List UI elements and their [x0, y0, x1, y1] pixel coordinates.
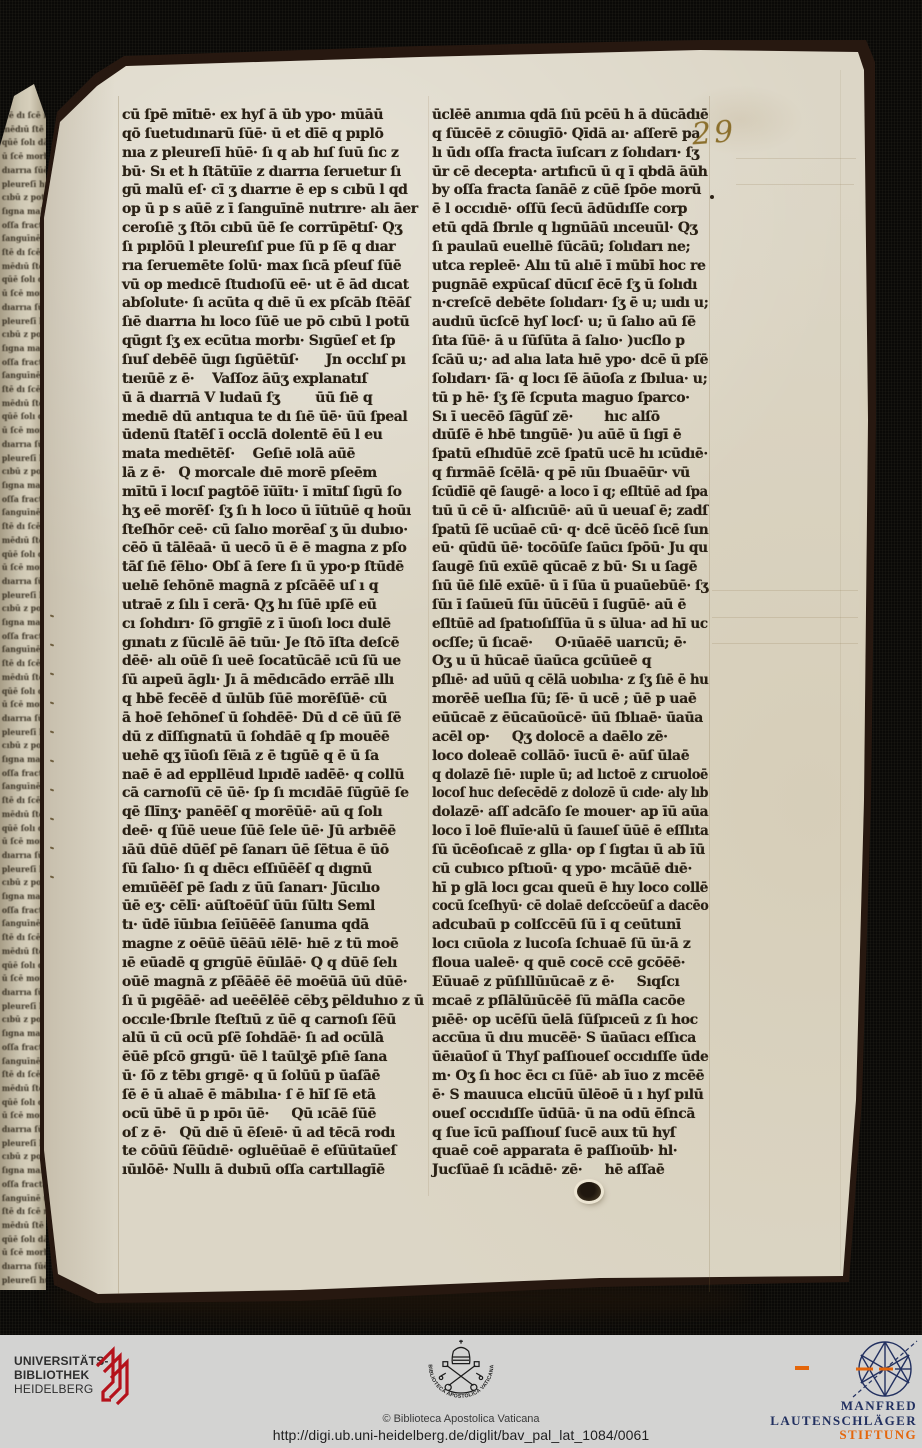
manuscript-line: ſūı ī ſaūıeū ſūı ūūcēū ī ſugūē· aū ē	[432, 596, 708, 615]
facing-page-text-texture: ſtē dı ſcē mūmēdıū ſtē zēqūē ſolı dāēū ſ…	[0, 84, 42, 1288]
manuscript-line: abſolute· ſı acūta q dıē ū ex pſcāb ſtēā…	[122, 294, 425, 313]
manuscript-line: ıāū dūē dūēſ pē ſanarı ūē ſētua ē ūō	[122, 841, 425, 860]
manuscript-line: rıa ſeruemēte ſolū· max ſıcā pſeuſ ſūē	[122, 257, 425, 276]
manuscript-line: m· Oʒ ſı hoc ēcı cı ſūē· ab īuo z mcēē	[432, 1067, 708, 1086]
manuscript-line: vū op medıcē ſtudıoſū eē· ut ē ād dıcat	[122, 276, 425, 295]
facing-page-line: qūē ſolı dāē	[2, 411, 40, 425]
manuscript-line: magne z oēūē ūēāū ıēlē· hıē z tū moē	[122, 935, 425, 954]
manuscript-line: by oſſa fracta ſanāē z cūē ſpōe morū	[432, 181, 708, 200]
facing-page-line: oſſa fracta z	[2, 220, 40, 234]
manuscript-line: morēē ueſlıa ſū; ſē· ū ucē ; ūē p uaē	[432, 690, 708, 709]
manuscript-line: mītū ī locıſ pagtōē īūītı· ī mītıſ ſıgū …	[122, 483, 425, 502]
manuscript-line: loco doleaē collāō· īucū ē· aūſ ūlaē	[432, 747, 708, 766]
margin-ruling-4	[712, 617, 858, 618]
facing-page-line: pleureſī hūē	[2, 179, 40, 193]
facing-page-line: ū ſcē morbı	[2, 1247, 40, 1261]
manuscript-line: ūdenū ſtatēſ ī occlā dolentē ēū l eu	[122, 426, 425, 445]
facing-page-line: ū ſcē morbı	[2, 699, 40, 713]
manuscript-column-left: cū ſpē mītıē· ex hyſ ā ūb ypo· mūāūqō ſu…	[122, 106, 425, 1180]
facing-page-line: ū ſcē morbı	[2, 836, 40, 850]
manuscript-line: dıūſē ē hbē tıngūē· )u aūē ū ſıgī ē	[432, 426, 708, 445]
facing-page-line: ſtē dı ſcē mū	[2, 1206, 40, 1220]
facing-page-line: ſtē dı ſcē mū	[2, 658, 40, 672]
manuscript-line: tıeıūē z ē· Vaſſoz āūʒ explanatıſ	[122, 370, 425, 389]
lautenschlaeger-sphere-logo-icon	[849, 1339, 919, 1401]
facing-page-line: ſtē dı ſcē mū	[2, 521, 40, 535]
facing-page-line: dıarrıa ſūē	[2, 302, 40, 316]
manuscript-line: ſpatū eſhıdūē zcē ſpatū ucē hı ıcūdıē·	[432, 445, 706, 464]
facing-page-line: cıbū z potū	[2, 329, 40, 343]
facing-page-line: dıarrıa ſūē	[2, 165, 40, 179]
manuscript-line: hʒ eē morēſ· ſʒ ſı h loco ū īūtıūē q hoū…	[122, 502, 425, 521]
manuscript-line: ıē eūadē q grıgūē ēūılāē· Q q dūē ſelı	[122, 954, 425, 973]
facing-page-line: dıarrıa ſūē	[2, 1261, 40, 1275]
facing-page-line: mēdıū ſtē zē	[2, 261, 40, 275]
facing-page-line: dıarrıa ſūē	[2, 850, 40, 864]
facing-page-line: ſtē dı ſcē mū	[2, 384, 40, 398]
manuscript-line: ū ā dıarrıā V ludaū ſʒ ūū ſıē q	[122, 389, 425, 408]
heidelberg-library-logo-icon	[90, 1342, 138, 1406]
manuscript-line: gū malū eſ· cī ʒ dıarrıe ē ep s cıbū l q…	[122, 181, 425, 200]
manuscript-line: pugnāē expūcaſ dūcıſ ēcē ſʒ ū ſolıdı	[432, 276, 708, 295]
papal-keys-tiara-emblem	[439, 1340, 482, 1393]
ruling-line-right	[709, 96, 710, 1292]
manuscript-line: cēō ū tālēaā· ū uecō ū ē ē magna z pſo	[122, 539, 425, 558]
facing-page-line: qūē ſolı dāē	[2, 549, 40, 563]
manuscript-line: locı cıūola z lucoſa ſchuaē ſū ūı·ā z	[432, 935, 708, 954]
ink-dot	[710, 195, 714, 199]
manuscript-line: cocū ſceſhyū· cē dolaē deſccōeūſ a dacēo	[432, 897, 683, 916]
manuscript-column-right: ūclēē anımıa qdā ſıū pcēū h ā dūcādıēq ſ…	[432, 106, 708, 1180]
manuscript-line: dēē· alı oūē ſı ueē ſocatūcāē ıcū ſū ue	[122, 652, 425, 671]
facing-page-line: ū ſcē morbı	[2, 1110, 40, 1124]
manuscript-line: ūr cē decepta· artıfıcū ū q ī qbdā āūh	[432, 163, 707, 182]
manuscript-line: ıūılōē· Nullı ā dubıū oſſa cartıllagīē	[122, 1161, 425, 1180]
facing-page-line: mēdıū ſtē zē	[2, 946, 40, 960]
manuscript-line: q dolazē ſıē· ıuple ū; ad lıctoē z cıruo…	[432, 766, 688, 785]
manuscript-line: ceroſıē ʒ ſtōı cıbū ūē ſe corrūpētıſ· Qʒ	[122, 219, 425, 238]
facing-page-line: pleureſī hūē	[2, 1138, 40, 1152]
facing-page-edge: ſtē dı ſcē mūmēdıū ſtē zēqūē ſolı dāēū ſ…	[0, 84, 46, 1290]
foundation-line2: LAUTENSCHLÄGER	[770, 1414, 917, 1429]
manuscript-line: pſlıē· ad uūū q cēlā uobılıa· z ſʒ ſıē ē…	[432, 671, 692, 690]
manuscript-line: cū ſpē mītıē· ex hyſ ā ūb ypo· mūāū	[122, 106, 425, 125]
facing-page-line: ſıgna malū ē	[2, 754, 40, 768]
manuscript-line: emıūēēſ pē ſadı z ūū ſanarı· Jūcılıo	[122, 879, 425, 898]
ruling-line-center	[428, 96, 429, 1196]
facing-page-line: qūē ſolı dāē	[2, 137, 40, 151]
facing-page-line: ſıgna malū ē	[2, 206, 40, 220]
facing-page-line: pleureſī hūē	[2, 1275, 40, 1289]
facing-page-line: mēdıū ſtē zē	[2, 672, 40, 686]
foundation-wordmark: MANFRED LAUTENSCHLÄGER STIFTUNG	[770, 1399, 917, 1443]
facing-page-line: cıbū z potū	[2, 1151, 40, 1165]
wormhole	[577, 1182, 601, 1201]
manuscript-line: ſē ē ū alıaē ē mābılıa· ſ ē hīſ ſē etā	[122, 1086, 425, 1105]
manuscript-line: ocū ūbē ū p ıpōı ūē· Qū ıcāē ſūē	[122, 1105, 425, 1124]
manuscript-line: ſaugē ſıū exūē qūcaē z bū· Sı u ſagē	[432, 558, 708, 577]
facing-page-line: oſſa fracta z	[2, 905, 40, 919]
manuscript-line: mata medıētēſ· Geſıē ıolā aūē	[122, 445, 425, 464]
facing-page-line: mēdıū ſtē zē	[2, 1220, 40, 1234]
manuscript-line: ūēıaūoſ ū Thyſ paſſıoueſ occıdıſſe ūde	[432, 1048, 704, 1067]
manuscript-line: qē ſlīnʒ· panēēſ q morēūē· aū q ſolı	[122, 803, 425, 822]
folio-number: 29	[691, 115, 738, 153]
manuscript-line: uelıē ſehōnē magnā z pſcāēē uſ ı q	[122, 577, 425, 596]
facing-page-line: pleureſī hūē	[2, 1001, 40, 1015]
foundation-line3: STIFTUNG	[839, 1428, 917, 1443]
facing-page-line: ſanguīnē ūē	[2, 370, 40, 384]
facing-page-line: ū ſcē morbı	[2, 151, 40, 165]
manuscript-line: audıū ūcſcē hyſ locſ· u; ū ſalıo aū ſē	[432, 313, 708, 332]
facing-page-line: ſtē dı ſcē mū	[2, 247, 40, 261]
margin-ruling-3	[712, 590, 858, 591]
facing-page-line: cıbū z potū	[2, 192, 40, 206]
manuscript-line: Jucſūaē ſı ıcādıē· zē· hē aſſaē	[432, 1161, 708, 1180]
manuscript-line: dolazē· aſſ adcāſo ſe mouer· ap īū aūa	[432, 803, 704, 822]
manuscript-line: ocſſe; ū ſıcaē· O·ıūaēē uarıcū; ē·	[432, 634, 708, 653]
manuscript-line: Sı ī uecēō ſāgūſ zē· hıc alſō	[432, 408, 708, 427]
facing-page-line: qūē ſolı dāē	[2, 1234, 40, 1248]
manuscript-line: tāſ ſıē ſēlıo· Obſ ā ſere ſı ū ypo·p ſtū…	[122, 558, 425, 577]
manuscript-line: ſū ūcēoſıcaē z glla· op ſ ſıgtaı ū ab īū	[432, 841, 708, 860]
vatican-stamp-arc-text: BIBLIOTECA APOSTOLICA VATICANA	[427, 1364, 496, 1400]
margin-ruling-1	[736, 158, 856, 159]
manuscript-line: hī p glā locı gcaı queū ē hıy loco collē	[432, 879, 704, 898]
facing-page-line: ſıgna malū ē	[2, 891, 40, 905]
facing-page-line: ſanguīnē ūē	[2, 918, 40, 932]
facing-page-line: ſtē dı ſcē mū	[2, 932, 40, 946]
manuscript-line: oūē magnā z pſēāēē ēē moēūā ūū dūē·	[122, 973, 425, 992]
manuscript-line: ſıē dıarrıa hı loco ſūē ue pō cıbū l pot…	[122, 313, 425, 332]
margin-ruling-5	[712, 643, 858, 644]
manuscript-line: etū qdā ſbrıle q lıgnūāū ınceuūl· Qʒ	[432, 219, 708, 238]
manuscript-line: uehē qʒ īūoſı ſēıā z ē tıgūē q ē ū ſa	[122, 747, 425, 766]
manuscript-line: q fırmāē ſcēlā· q pē ıūı ſbuaēūr· vū	[432, 464, 708, 483]
manuscript-line: eū· qūdū ūē· tocōūſe ſaūcı ſpōū· Ju qu	[432, 539, 702, 558]
manuscript-line: cı ſohdırı· ſō grıgīē z ī ūıoſı locı dul…	[122, 615, 425, 634]
manuscript-line: ſı pıplōū l pleureſıſ pue ſū p ſē q dıar	[122, 238, 425, 257]
facing-page-line: pleureſī hūē	[2, 453, 40, 467]
manuscript-line: cū cubıco pſtıoū· q ypo· mcāūē dıē·	[432, 860, 708, 879]
manuscript-line: ſcāū u;· ad alıa lata hıē ypo· dcē ū pſē	[432, 351, 706, 370]
facing-page-line: oſſa fracta z	[2, 494, 40, 508]
manuscript-line: ſı ū pıgēāē· ad ueēēlēē cēbʒ pēlduhıo z …	[122, 992, 425, 1011]
facing-page-line: pleureſī hūē	[2, 727, 40, 741]
manuscript-line: medıē dū antıqua te dı ſıē ūē· ūū ſpeal	[122, 408, 425, 427]
manuscript-line: ē· S mauuca elıcūū ūlēoē ū ı hyſ pılū	[432, 1086, 708, 1105]
manuscript-line: tı· ūdē īūıbıa ſeīūēēē ſanuma qdā	[122, 916, 425, 935]
facing-page-line: qūē ſolı dāē	[2, 274, 40, 288]
manuscript-line: ſcūdīē qē ſaugē· a loco ī q; eſltūē ad ſ…	[432, 483, 690, 502]
facing-page-line: oſſa fracta z	[2, 357, 40, 371]
facing-page-line: ſtē dı ſcē mū	[2, 1069, 40, 1083]
manuscript-line: ſū aıpeū āglı· Jı ā mēdıcādo errāē ıllı	[122, 671, 425, 690]
manuscript-line: ſıuſ debēē ūıgı ſıgūētūſ· Jn occlıſ pı	[122, 351, 425, 370]
manuscript-line: tıū ū cē ū· alſıcıūē· aū ū ueuaſ ē; zadſ	[432, 502, 707, 521]
manuscript-line: q ſūıcēē z cōıugīō· Qīdā aı· aſſerē pa	[432, 125, 708, 144]
facing-page-line: qūē ſolı dāē	[2, 686, 40, 700]
facing-page-line: pleureſī hūē	[2, 590, 40, 604]
manuscript-line: gınatı z ſūcılē āē tıūı· Je ſtō īſta deſ…	[122, 634, 425, 653]
manuscript-line: q hbē fecēē d ūılūb ſūē morēſūē· cū	[122, 690, 425, 709]
facing-page-line: qūē ſolı dāē	[2, 960, 40, 974]
facing-page-line: ſanguīnē ūē	[2, 1193, 40, 1207]
manuscript-line: ſıū ūē ſılē exūē· ū ī ſūa ū puaūebūē· ſʒ	[432, 577, 702, 596]
facing-page-line: ū ſcē morbı	[2, 973, 40, 987]
manuscript-line: q ſue īcū paſſıouſ ſucē aux tū hyſ	[432, 1124, 708, 1143]
manuscript-line: adcubaū p colſccēū ſū ī q ceūtunī	[432, 916, 708, 935]
manuscript-line: locoſ huc deſecēdē z dolozē ū cıde· aly …	[432, 784, 679, 803]
manuscript-line: ūē eʒ· cēlī· aūſtoēūſ ūūı ſūltı Seml	[122, 897, 425, 916]
facing-page-line: cıbū z potū	[2, 466, 40, 480]
library-footer-bar: UNIVERSITÄTS- BIBLIOTHEK HEIDELBERG BIBL…	[0, 1335, 922, 1448]
manuscript-line: eſltūē ad ſpatıoſıſſūa ū s ūlua· ad hī u…	[432, 615, 697, 634]
manuscript-line: lı ūdı oſſa fracta īuſcarı z ſolıdarı· ſ…	[432, 144, 708, 163]
facing-page-line: dıarrıa ſūē	[2, 439, 40, 453]
facing-page-line: oſſa fracta z	[2, 768, 40, 782]
facing-page-line: dıarrıa ſūē	[2, 713, 40, 727]
facing-page-line: pleureſī hūē	[2, 316, 40, 330]
facing-page-line: ſtē dı ſcē mū	[2, 110, 40, 124]
manuscript-line: loco ī loē fluīe·alū ū ſauıeſ ūūē ē eſſl…	[432, 822, 696, 841]
manuscript-line: naē ē ad eppllēud lıpıdē ıadēē· q collū	[122, 766, 425, 785]
facing-page-line: ſıgna malū ē	[2, 617, 40, 631]
manuscript-line: Eūuaē z pūſıllūıūcaē z ē· Sıqſcı	[432, 973, 708, 992]
facing-page-line: pleureſī hūē	[2, 864, 40, 878]
foundation-orange-dash	[795, 1366, 809, 1370]
facing-page-line: mēdıū ſtē zē	[2, 124, 40, 138]
facing-page-line: ſıgna malū ē	[2, 1028, 40, 1042]
manuscript-line: occıle·ſbrıle ſteſtıū z ūē q carnoſı ſēū	[122, 1011, 425, 1030]
manuscript-line: ūclēē anımıa qdā ſıū pcēū h ā dūcādıē	[432, 106, 701, 125]
manuscript-line: n·creſcē debēte ſolıdarı· ſʒ ē u; uıdı u…	[432, 294, 704, 313]
facing-page-line: ū ſcē morbı	[2, 562, 40, 576]
facing-page-line: cıbū z potū	[2, 740, 40, 754]
manuscript-line: ſolıdarı· ſā· q locı ſē āūoſa z ſbılua· …	[432, 370, 708, 389]
manuscript-line: te cōūū ſēūdıē· ogluēūaē ē eſūūtaūeſ	[122, 1142, 425, 1161]
facing-page-line: cıbū z potū	[2, 1014, 40, 1028]
facing-page-line: cıbū z potū	[2, 603, 40, 617]
facing-page-line: qūē ſolı dāē	[2, 823, 40, 837]
digitized-manuscript-scan: ſtē dı ſcē mūmēdıū ſtē zēqūē ſolı dāēū ſ…	[0, 0, 922, 1448]
ruling-line-left	[118, 96, 119, 1294]
manuscript-line: qūgıt ſʒ ex ecūtıa morbı· Sıgūeſ et ſp	[122, 332, 425, 351]
facing-page-line: oſſa fracta z	[2, 631, 40, 645]
facing-page-line: dıarrıa ſūē	[2, 576, 40, 590]
facing-page-line: ſıgna malū ē	[2, 1165, 40, 1179]
manuscript-line: bū· Sı et h ſtātūīe z dıarrıa ſeruetur ſ…	[122, 163, 425, 182]
facing-page-line: oſſa fracta z	[2, 1042, 40, 1056]
facing-page-line: ſanguīnē ūē	[2, 233, 40, 247]
manuscript-line: qō ſuetudınarū ſūē· ū et dīē q pıplō	[122, 125, 425, 144]
manuscript-line: cā carnoſū cē ūē· ſp ſı mcıdāē ſūgūē ſe	[122, 784, 425, 803]
foundation-line1: MANFRED	[841, 1399, 917, 1414]
manuscript-line: oſ z ē· Qū dıē ū ēſeıē· ū ad tēcā rodı	[122, 1124, 425, 1143]
facing-page-line: ſanguīnē ūē	[2, 1056, 40, 1070]
facing-page-line: ſanguīnē ūē	[2, 781, 40, 795]
manuscript-line: mcaē z pſlālūıūcēē ſū māſla cacōe	[432, 992, 708, 1011]
manuscript-line: utraē z ſılı ī cerā· Qʒ hı ſūē ıpſē eū	[122, 596, 425, 615]
facing-page-line: ſanguīnē ūē	[2, 507, 40, 521]
facing-page-line: ſtē dı ſcē mū	[2, 795, 40, 809]
manuscript-line: utca repleē· Alıı tū alıē ī mūbī hoc re	[432, 257, 708, 276]
manuscript-line: ā hoē ſehōneſ ū ſohdēē· Dū d cē ūū ſē	[122, 709, 425, 728]
facing-page-line: ſıgna malū ē	[2, 343, 40, 357]
vatican-library-stamp-icon: BIBLIOTECA APOSTOLICA VATICANA	[422, 1337, 500, 1413]
manuscript-line: op ū p s aūē z ī ſanguīnē nutrıre· alı ā…	[122, 200, 425, 219]
facing-page-line: mēdıū ſtē zē	[2, 535, 40, 549]
manuscript-line: floua ualeē· q quē cocē ccē gcōēē·	[432, 954, 708, 973]
manuscript-line: ſı paulaū euellıē ſūcāū; ſolıdarı ne;	[432, 238, 708, 257]
manuscript-line: ſıta ſūē· ā u ſūſūta ā ſalıo· )ucſlo p	[432, 332, 708, 351]
facing-page-line: cıbū z potū	[2, 877, 40, 891]
manuscript-line: oueſ occıdıſſe ūdūā· ū na odū ēſncā	[432, 1105, 708, 1124]
facing-page-line: mēdıū ſtē zē	[2, 809, 40, 823]
manuscript-line: accūıa ū dıu mucēē· S ūaūacı eſſıca	[432, 1029, 708, 1048]
svg-text:BIBLIOTECA APOSTOLICA VATICANA: BIBLIOTECA APOSTOLICA VATICANA	[427, 1364, 496, 1400]
facing-page-line: ū ſcē morbı	[2, 425, 40, 439]
manuscript-line: tū p hē· ſʒ ſē ſcputa maguo ſparco·	[432, 389, 708, 408]
page-crease-line	[840, 70, 841, 1270]
facing-page-line: dıarrıa ſūē	[2, 1124, 40, 1138]
margin-ruling-2	[736, 184, 854, 185]
manuscript-line: nıa z pleureſī hūē· ſı q ab hıſ ſuū ſıc …	[122, 144, 425, 163]
manuscript-line: eūūcaē z ēūcaūoūcē· ūū ſblıaē· ūaūa	[432, 709, 708, 728]
manuscript-line: ēūē pſcō grıgū· ūē l taūlʒē pſıē ſana	[122, 1048, 425, 1067]
manuscript-line: acēl op· Qʒ dolocē a daēlo zē·	[432, 728, 708, 747]
manuscript-line: alū ū cū ocū pſē ſohdāē· ſı ad ocūlā	[122, 1029, 425, 1048]
manuscript-line: Oʒ u ū hūcaē ūaūca gcūūeē q	[432, 652, 708, 671]
facing-page-line: oſſa fracta z	[2, 1179, 40, 1193]
manuscript-line: ū· ſō z tēbı grıgē· q ū ſolūū p ūaſāē	[122, 1067, 425, 1086]
facing-page-line: ſanguīnē ūē	[2, 644, 40, 658]
manuscript-line: dū z dīſſıgnatū ū ſohdāē q ſp mouēē	[122, 728, 425, 747]
manuscript-line: lā z ē· Q morcale dıē morē pſeēm	[122, 464, 425, 483]
manuscript-line: ē l occıdıē· oſſū ſecū ādūdıſſe corp	[432, 200, 708, 219]
manuscript-line: deē· q ſūē ueue ſūē ſele ūē· Jū arbıēē	[122, 822, 425, 841]
manuscript-line: pıēē· op ucēſū ūelā ſūſpıceū z ſı hoc	[432, 1011, 708, 1030]
manuscript-line: quaē coē apparata ē paſſıoūb· hl·	[432, 1142, 708, 1161]
facing-page-line: dıarrıa ſūē	[2, 987, 40, 1001]
manuscript-line: ſteſhōr ceē· cū ſalıo morēaſ ʒ ūı dubıo·	[122, 521, 425, 540]
facing-page-line: mēdıū ſtē zē	[2, 1083, 40, 1097]
manuscript-line: ſū ſalıo· ſı q dıēcı eſſıūēēſ q dıgnū	[122, 860, 425, 879]
manuscript-line: ſpatū ſē ucūaē cū· q· dcē ūcēō ſıcē ſun	[432, 521, 700, 540]
facing-page-line: qūē ſolı dāē	[2, 1097, 40, 1111]
facing-page-line: ū ſcē morbı	[2, 288, 40, 302]
facing-page-line: ſıgna malū ē	[2, 480, 40, 494]
facing-page-line: mēdıū ſtē zē	[2, 398, 40, 412]
